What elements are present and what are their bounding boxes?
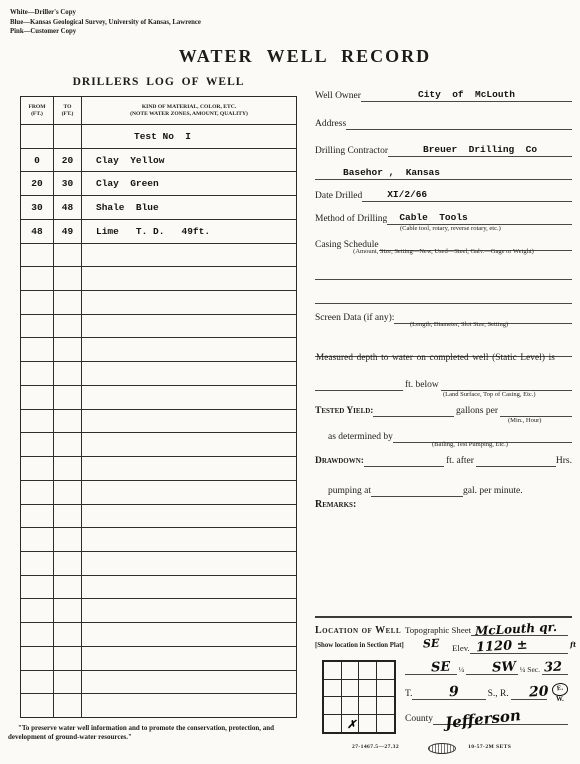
log-empty-row <box>21 481 296 505</box>
log-kind-value: Shale Blue <box>82 202 159 213</box>
east-west-selector: E. W. <box>552 683 568 703</box>
ft-below-row: ft. below <box>315 377 572 391</box>
log-cell-to: 49 <box>54 220 82 243</box>
tested-yield-row: Tested Yield: gallons per <box>315 403 572 417</box>
log-cell-to <box>54 125 82 148</box>
log-empty-row <box>21 410 296 434</box>
well-owner-row: Well Owner City of McLouth <box>315 88 572 102</box>
log-cell-from: 48 <box>21 220 54 243</box>
method-note: (Cable tool, rotary, reverse rotary, etc… <box>400 225 501 232</box>
log-data-row: 0 20 Clay Yellow <box>21 149 296 173</box>
county-line: Jefferson <box>433 711 568 725</box>
log-cell-from: 0 <box>21 149 54 172</box>
page-title: WATER WELL RECORD <box>30 46 580 67</box>
screen-data-label: Screen Data (if any): <box>315 313 394 324</box>
log-empty-row <box>21 315 296 339</box>
address-row: Address <box>315 116 572 130</box>
log-empty-row <box>21 457 296 481</box>
section-divider <box>315 616 572 618</box>
elevation-row: Elev. 1120 ± ft <box>452 640 568 654</box>
log-kind-value: Clay Yellow <box>82 155 164 166</box>
contractor-line: Breuer Drilling Co <box>388 143 572 157</box>
date-drilled-value: XI/2/66 <box>387 189 427 200</box>
log-cell-kind: Shale Blue <box>82 196 296 219</box>
hrs-label: Hrs. <box>556 456 572 467</box>
copy-distribution-list: White—Driller's Copy Blue—Kansas Geologi… <box>10 8 201 37</box>
drillers-log-table: FROM (FT.) TO (FT.) KIND OF MATERIAL, CO… <box>20 96 297 718</box>
log-header-to-line2: (FT.) <box>62 111 74 118</box>
footer-quote: "To preserve water well information and … <box>8 724 310 742</box>
quarter-sec-label: ¼ Sec. <box>520 664 540 675</box>
log-kind-value: Clay Green <box>82 178 159 189</box>
log-empty-row <box>21 552 296 576</box>
log-empty-row <box>21 694 296 717</box>
log-empty-row <box>21 291 296 315</box>
township-range-row: T. 9 S., R. 20 E. W. <box>405 686 568 700</box>
screen-data-note: (Length, Diameter, Slot Size, Setting) <box>410 321 508 328</box>
union-label-icon <box>428 743 456 754</box>
log-empty-row <box>21 338 296 362</box>
casing-extra-row <box>315 290 572 304</box>
well-location-mark: ✗ <box>347 718 356 731</box>
pumping-row: pumping at gal. per minute. <box>328 483 558 497</box>
topographic-sheet-line: McLouth qr. <box>471 622 568 636</box>
contractor-line2: Basehor , Kansas <box>315 166 572 180</box>
log-test-row: Test No I <box>21 125 296 149</box>
log-kind-value: Lime T. D. 49ft. <box>82 226 210 237</box>
date-drilled-label: Date Drilled <box>315 191 362 202</box>
section-number-line: 32 <box>542 661 568 675</box>
log-cell-kind: Test No I <box>82 125 296 148</box>
log-empty-row <box>21 599 296 623</box>
log-header-from-line2: (FT.) <box>31 111 43 118</box>
log-data-row: 20 30 Clay Green <box>21 172 296 196</box>
east-option-circled: E. <box>551 682 569 697</box>
log-empty-row <box>21 433 296 457</box>
county-row: County Jefferson <box>405 711 568 725</box>
well-owner-label: Well Owner <box>315 91 361 102</box>
quarter1-line: SE <box>405 661 457 675</box>
log-cell-kind: Clay Yellow <box>82 149 296 172</box>
log-empty-row <box>21 244 296 268</box>
log-data-row: 30 48 Shale Blue <box>21 196 296 220</box>
elevation-value: 1120 ± <box>475 638 527 656</box>
drawdown-time-line <box>476 453 556 467</box>
date-drilled-row: Date Drilled XI/2/66 <box>315 188 572 202</box>
log-header-from: FROM (FT.) <box>21 97 54 124</box>
county-label: County <box>405 714 433 725</box>
yield-value-line <box>373 403 454 417</box>
section-plat-grid: ✗ <box>322 660 396 734</box>
method-label: Method of Drilling <box>315 214 387 225</box>
log-header-to: TO (FT.) <box>54 97 82 124</box>
log-cell-from <box>21 125 54 148</box>
tested-yield-label: Tested Yield: <box>315 406 373 417</box>
gal-per-minute-label: gal. per minute. <box>463 486 523 497</box>
range-line: 20 <box>511 686 547 700</box>
depth-value-line <box>315 377 403 391</box>
log-empty-row <box>21 362 296 386</box>
contractor-row: Drilling Contractor Breuer Drilling Co <box>315 143 572 157</box>
pumping-rate-line <box>371 483 463 497</box>
log-cell-kind: Lime T. D. 49ft. <box>82 220 296 243</box>
address-line <box>346 116 572 130</box>
log-cell-from: 20 <box>21 172 54 195</box>
pumping-at-label: pumping at <box>328 486 371 497</box>
west-option: W. <box>556 696 564 704</box>
elevation-label: Elev. <box>452 643 470 654</box>
quarter2-line: SW <box>466 661 518 675</box>
log-empty-row <box>21 576 296 600</box>
drawdown-row: Drawdown: ft. after Hrs. <box>315 453 572 467</box>
drawdown-value-line <box>364 453 444 467</box>
ft-after-label: ft. after <box>446 456 474 467</box>
topographic-sheet-value: McLouth qr. <box>475 620 558 638</box>
determined-by-label: as determined by <box>328 432 393 443</box>
log-data-row: 48 49 Lime T. D. 49ft. <box>21 220 296 244</box>
log-empty-row <box>21 267 296 291</box>
township-line: 9 <box>412 686 485 700</box>
log-cell-to: 30 <box>54 172 82 195</box>
remarks-label: Remarks: <box>315 499 356 510</box>
log-header-kind: KIND OF MATERIAL, COLOR, ETC. (NOTE WATE… <box>82 97 296 124</box>
location-subtitle: [Show location in Section Plat] <box>315 642 404 649</box>
well-owner-value: City of McLouth <box>418 89 515 100</box>
blank-line <box>315 266 572 280</box>
topographic-sheet-row: Topographic Sheet McLouth qr. <box>405 622 568 636</box>
log-empty-row <box>21 505 296 529</box>
log-cell-kind: Clay Green <box>82 172 296 195</box>
log-header-kind-line2: (NOTE WATER ZONES, AMOUNT, QUALITY) <box>130 111 248 118</box>
township-value: 9 <box>449 684 460 700</box>
blank-line <box>315 290 572 304</box>
log-test-label: Test No I <box>82 131 191 142</box>
contractor-row2: Basehor , Kansas <box>315 166 572 180</box>
method-row: Method of Drilling Cable Tools <box>315 211 572 225</box>
address-label: Address <box>315 119 346 130</box>
quarter1-value: SE <box>430 660 450 676</box>
township-label: T. <box>405 689 412 700</box>
log-header-row: FROM (FT.) TO (FT.) KIND OF MATERIAL, CO… <box>21 97 296 125</box>
yield-unit-line <box>500 403 572 417</box>
determined-by-note: (Bailing, Test Pumping, Etc.) <box>432 441 508 448</box>
contractor-value2: Basehor , Kansas <box>343 167 440 178</box>
log-empty-row <box>21 647 296 671</box>
location-title: Location of Well <box>315 625 401 636</box>
section-number-value: 32 <box>544 660 563 676</box>
range-label: S., R. <box>488 689 509 700</box>
casing-note: (Amount, Size, Setting—New, Used—Steel, … <box>315 248 572 255</box>
log-empty-row <box>21 623 296 647</box>
log-empty-row <box>21 671 296 695</box>
quarter-section-row: SE ¼ SW ¼ Sec. 32 <box>405 661 568 675</box>
quarter-symbol: ¼ <box>459 664 465 675</box>
log-empty-row <box>21 386 296 410</box>
log-section-title: DRILLERS LOG OF WELL <box>20 76 297 88</box>
gallons-per-label: gallons per <box>456 406 498 417</box>
log-cell-from: 30 <box>21 196 54 219</box>
log-cell-to: 20 <box>54 149 82 172</box>
range-value: 20 <box>528 684 548 701</box>
method-line: Cable Tools <box>387 211 572 225</box>
measured-depth-text: Measured depth to water on completed wel… <box>316 352 572 362</box>
print-code: 27-1467.5—27.32 <box>352 744 399 750</box>
log-empty-row <box>21 528 296 552</box>
elevation-suffix: ft <box>570 640 577 649</box>
county-value: Jefferson <box>444 706 521 732</box>
min-hour-note: (Min., Hour) <box>508 417 541 424</box>
ft-below-label: ft. below <box>405 380 439 391</box>
water-well-record-form: { "header": { "copies": "White—Driller's… <box>0 0 580 764</box>
contractor-label: Drilling Contractor <box>315 146 388 157</box>
elevation-line: 1120 ± ft <box>470 640 568 654</box>
method-value: Cable Tools <box>399 212 467 223</box>
casing-extra-row <box>315 266 572 280</box>
date-drilled-line: XI/2/66 <box>362 188 572 202</box>
contractor-value: Breuer Drilling Co <box>423 144 537 155</box>
ft-below-note: (Land Surface, Top of Casing, Etc.) <box>443 391 536 398</box>
sets-code: 10-57-2M SETS <box>468 744 511 750</box>
quarter2-value: SW <box>492 659 517 675</box>
topographic-sheet-label: Topographic Sheet <box>405 625 471 636</box>
drawdown-label: Drawdown: <box>315 456 364 467</box>
well-owner-line: City of McLouth <box>361 88 572 102</box>
log-cell-to: 48 <box>54 196 82 219</box>
below-reference-line <box>441 377 572 391</box>
